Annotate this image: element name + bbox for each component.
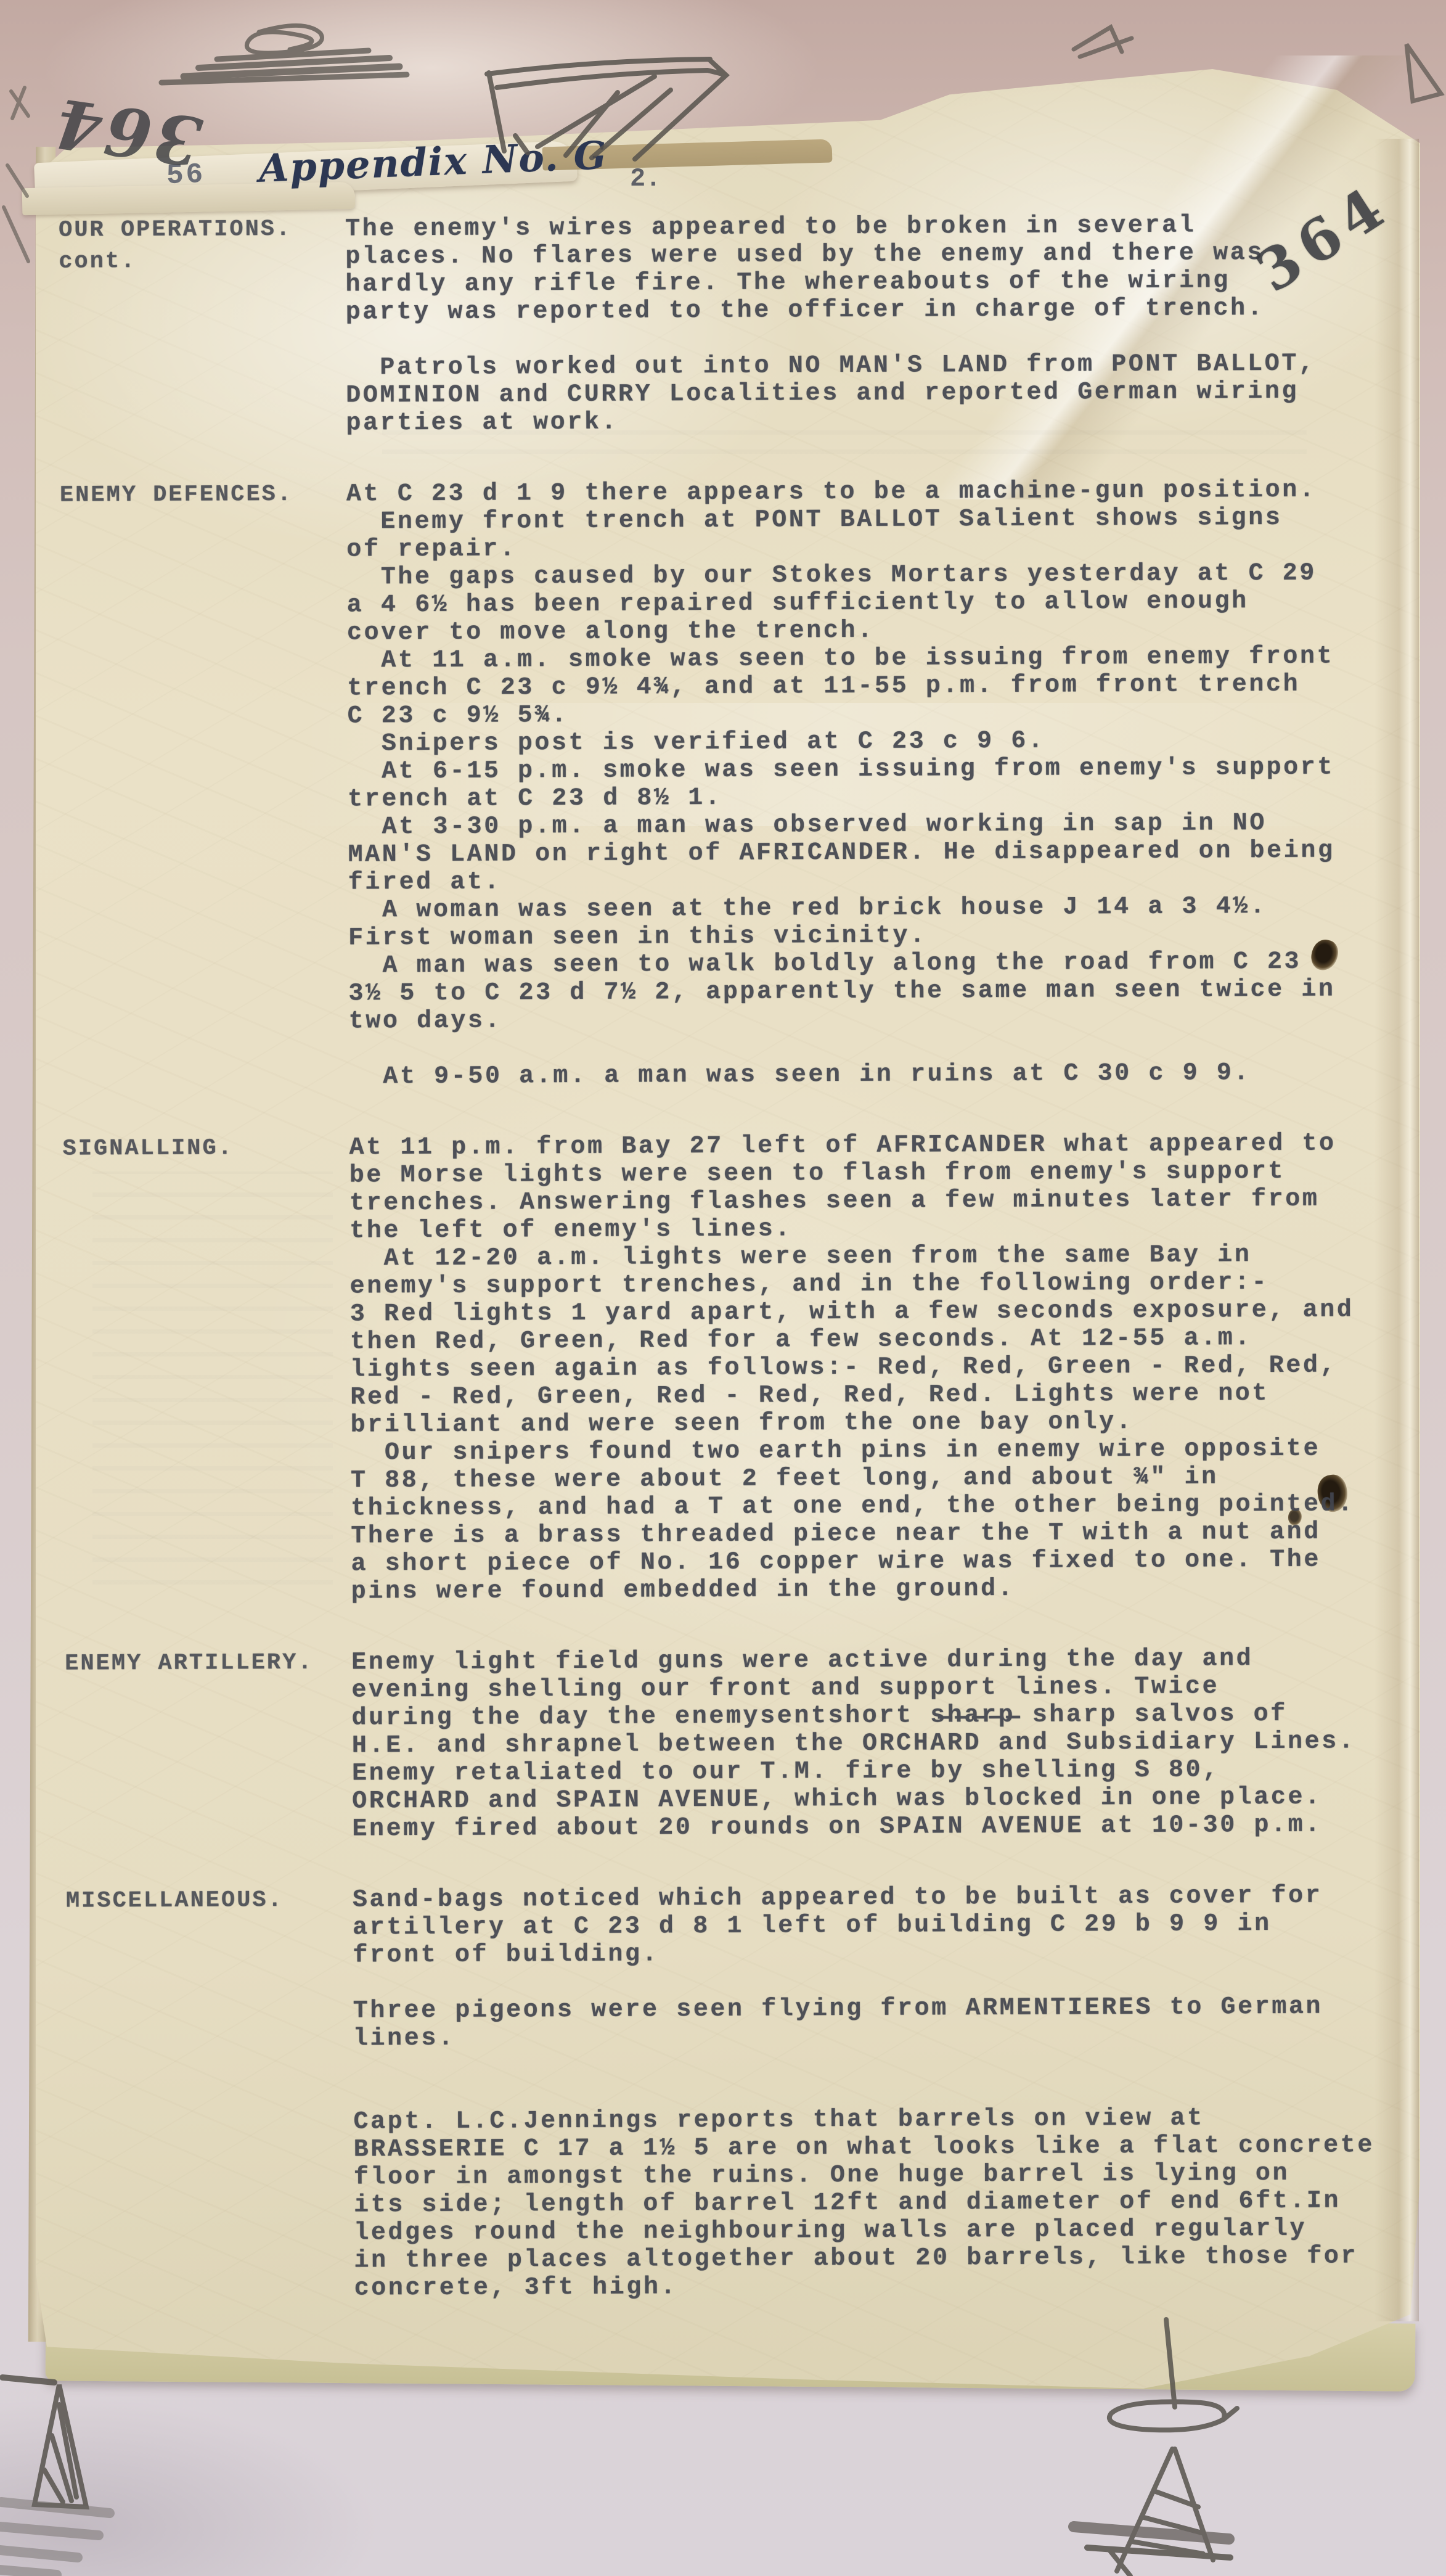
margin-heading-cont: cont. — [59, 247, 345, 276]
margin-column: SIGNALLING. — [63, 1134, 351, 1607]
section-miscellaneous: MISCELLANEOUS. Sand-bags noticed which a… — [7, 1882, 1446, 2304]
section-enemy-defences: ENEMY DEFENCES. At C 23 d 1 9 there appe… — [1, 476, 1446, 1093]
section-text-enemy-defences: At C 23 d 1 9 there appears to be a mach… — [346, 476, 1397, 1091]
margin-column: ENEMY ARTILLERY. — [65, 1649, 352, 1845]
section-text-miscellaneous: Sand-bags noticed which appeared to be b… — [353, 1882, 1402, 2302]
margin-column: ENEMY DEFENCES. — [60, 481, 349, 1093]
margin-heading-miscellaneous: MISCELLANEOUS. — [66, 1887, 353, 1916]
margin-column: OUR OPERATIONS. cont. — [59, 216, 346, 439]
page-number: 2. — [630, 164, 661, 194]
section-text-signalling: At 11 p.m. from Bay 27 left of AFRICANDE… — [349, 1130, 1399, 1606]
section-signalling: SIGNALLING. At 11 p.m. from Bay 27 left … — [4, 1130, 1446, 1607]
pencil-triangle-bottom-left — [2, 2377, 86, 2507]
section-our-operations: OUR OPERATIONS. cont. The enemy's wires … — [0, 211, 1446, 439]
margin-heading-our-operations: OUR OPERATIONS. — [59, 216, 345, 245]
pencil-scribble-top-left — [161, 25, 407, 83]
margin-heading-enemy-defences: ENEMY DEFENCES. — [60, 481, 346, 510]
section-text-our-operations: The enemy's wires appeared to be broken … — [345, 211, 1394, 437]
section-enemy-artillery: ENEMY ARTILLERY. Enemy light field guns … — [6, 1644, 1446, 1845]
margin-heading-enemy-artillery: ENEMY ARTILLERY. — [65, 1649, 351, 1678]
margin-column: MISCELLANEOUS. — [66, 1887, 354, 2304]
pencil-shading-bottom-left — [0, 2502, 110, 2575]
scanned-document-photo: 56 Appendix No. G 2. 364 364 OUR OPERATI… — [0, 0, 1446, 2576]
section-text-enemy-artillery: Enemy light field guns were active durin… — [351, 1644, 1400, 1843]
report-body: OUR OPERATIONS. cont. The enemy's wires … — [0, 211, 1446, 2304]
margin-heading-signalling: SIGNALLING. — [63, 1134, 349, 1163]
